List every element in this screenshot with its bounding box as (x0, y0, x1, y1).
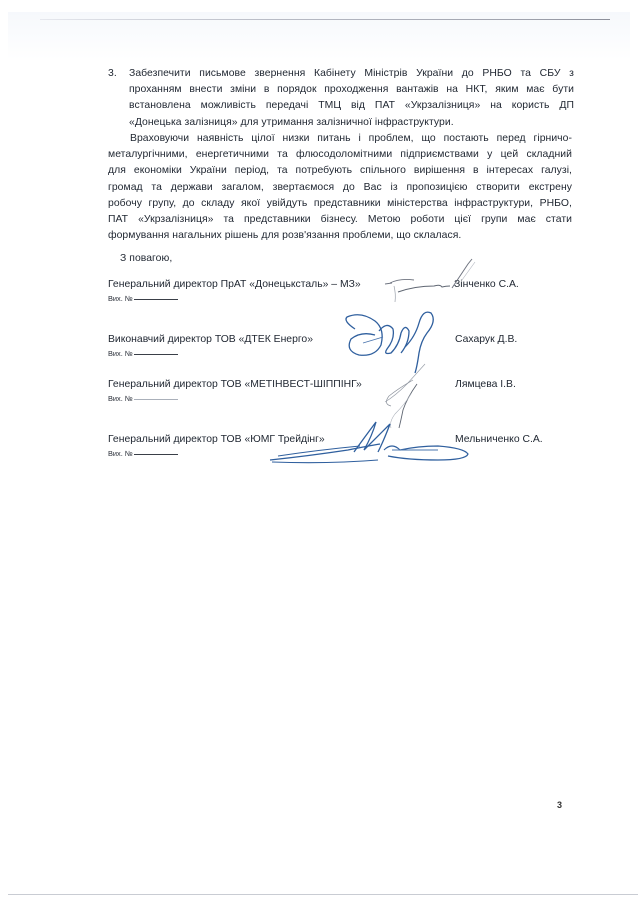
signatory-title: Генеральний директор ТОВ «ЮМГ Трейдінг» (108, 434, 325, 445)
blank-line (134, 299, 178, 300)
text-line: робочу групу, до складу якої увійдуть пр… (108, 196, 572, 212)
list-item-text: Забезпечити письмове звернення Кабінету … (129, 66, 574, 131)
blank-line (134, 454, 178, 455)
signatory-name: Сахарук Д.В. (455, 334, 517, 345)
text-line: встановлена можливість передачі ТМЦ від … (129, 98, 574, 114)
signatory-name: Зінченко С.А. (454, 279, 519, 290)
outgoing-number-field: Вих. № (108, 294, 178, 303)
signatory-title: Виконавчий директор ТОВ «ДТЕК Енерго» (108, 334, 313, 345)
signatory-name: Лямцева І.В. (455, 379, 516, 390)
outgoing-number-label: Вих. № (108, 394, 133, 403)
outgoing-number-label: Вих. № (108, 294, 133, 303)
text-line: «Донецька залізниця» для утримання заліз… (129, 115, 574, 131)
outgoing-number-label: Вих. № (108, 449, 133, 458)
text-line: формування нагальних рішень для розв'яза… (108, 228, 572, 244)
handwritten-signature-2 (335, 307, 445, 377)
list-item-number: 3. (108, 66, 117, 82)
signatory-title: Генеральний директор ТОВ «МЕТІНВЕСТ-ШІПП… (108, 379, 362, 390)
text-line: Забезпечити письмове звернення Кабінету … (129, 66, 574, 82)
outgoing-number-field: Вих. № (108, 449, 178, 458)
outgoing-number-field: Вих. № (108, 349, 178, 358)
document-page: 3. Забезпечити письмове звернення Кабіне… (0, 0, 638, 902)
scan-bottom-edge-line (8, 894, 638, 895)
text-line: ПАТ «Укрзалізниця» та представники бізне… (108, 212, 572, 228)
scan-top-edge-line (40, 19, 610, 20)
page-number: 3 (557, 800, 562, 810)
blank-line (134, 354, 178, 355)
outgoing-number-label: Вих. № (108, 349, 133, 358)
signatory-title: Генеральний директор ПрАТ «Донецьксталь»… (108, 279, 361, 290)
text-line: Враховуючи наявність цілої низки питань … (108, 131, 572, 147)
text-line: металургічними, енергетичними та флюсодо… (108, 147, 572, 163)
text-line: для економіки України період, та потребу… (108, 163, 572, 179)
closing-salutation: З повагою, (120, 251, 172, 267)
text-line: громад та держави загалом, звертаємося д… (108, 180, 572, 196)
outgoing-number-field: Вих. № (108, 394, 178, 403)
blank-line (134, 399, 178, 400)
body-paragraph: Враховуючи наявність цілої низки питань … (108, 131, 572, 244)
text-line: проханням внести зміни в порядок проходж… (129, 82, 574, 98)
handwritten-signature-3 (355, 362, 445, 432)
signatory-name: Мельниченко С.А. (455, 434, 543, 445)
